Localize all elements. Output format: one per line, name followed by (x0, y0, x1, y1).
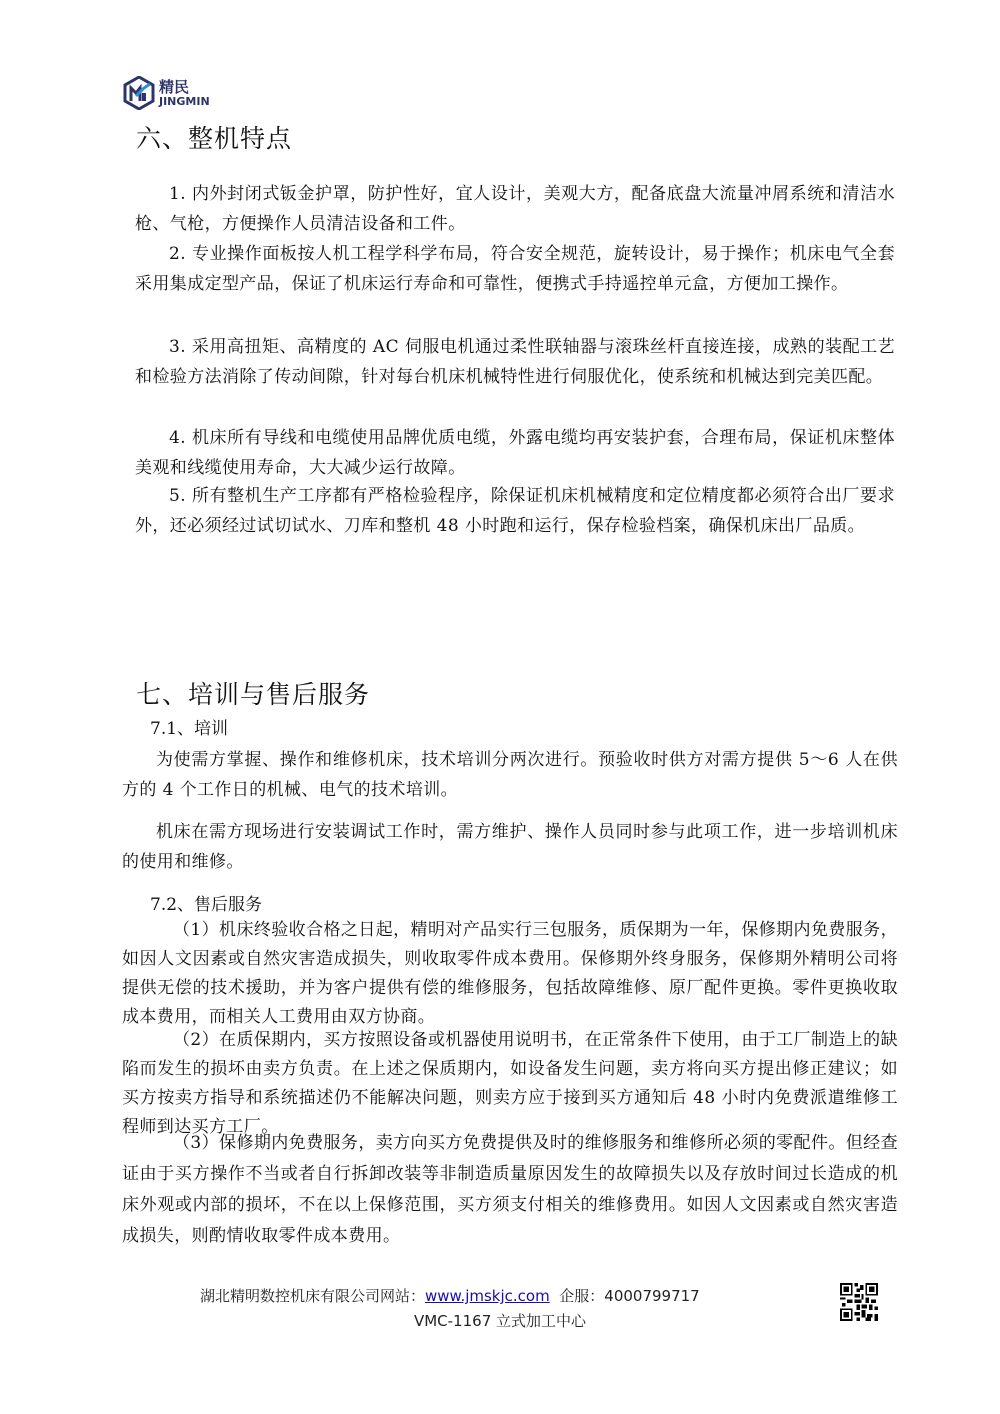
footer-contact-line: 湖北精明数控机床有限公司网站：www.jmskjc.com 企服：4000799… (200, 1285, 800, 1306)
service-label: 企服： (559, 1287, 604, 1305)
service-paragraph-2: （2）在质保期内，买方按照设备或机器使用说明书，在正常条件下使用，由于工厂制造上… (122, 1026, 898, 1142)
service-paragraph-1: （1）机床终验收合格之日起，精明对产品实行三包服务，质保期为一年，保修期内免费服… (122, 916, 898, 1032)
feature-item-4: 4. 机床所有导线和电缆使用品牌优质电缆，外露电缆均再安装护套，合理布局，保证机… (135, 424, 895, 483)
jingmin-logo-icon (122, 76, 156, 110)
company-logo: 精民 JINGMIN (122, 75, 232, 111)
feature-item-1: 1. 内外封闭式钣金护罩，防护性好，宜人设计，美观大方，配备底盘大流量冲屑系统和… (135, 180, 895, 239)
feature-item-2: 2. 专业操作面板按人机工程学科学布局，符合安全规范，旋转设计，易于操作；机床电… (135, 240, 895, 299)
training-paragraph-2: 机床在需方现场进行安装调试工作时，需方维护、操作人员同时参与此项工作，进一步培训… (122, 818, 898, 877)
service-paragraph-3: （3）保修期内免费服务，卖方向买方免费提供及时的维修服务和维修所必须的零配件。但… (122, 1128, 898, 1252)
feature-item-5: 5. 所有整机生产工序都有严格检验程序，除保证机床机械精度和定位精度都必须符合出… (135, 482, 895, 541)
service-phone: 4000799717 (604, 1287, 699, 1305)
section-6-heading: 六、整机特点 (136, 119, 292, 155)
training-paragraph-1: 为使需方掌握、操作和维修机床，技术培训分两次进行。预验收时供方对需方提供 5～6… (122, 746, 898, 805)
logo-en-text: JINGMIN (159, 96, 210, 107)
section-7-heading: 七、培训与售后服务 (136, 675, 370, 711)
subsection-7-1-heading: 7.1、培训 (150, 714, 228, 739)
website-link[interactable]: www.jmskjc.com (425, 1287, 550, 1305)
logo-cn-text: 精民 (159, 80, 210, 95)
footer-model-line: VMC-1167 立式加工中心 (200, 1310, 800, 1331)
subsection-7-2-heading: 7.2、售后服务 (150, 890, 262, 915)
footer-company: 湖北精明数控机床有限公司网站： (200, 1287, 425, 1305)
feature-item-3: 3. 采用高扭矩、高精度的 AC 伺服电机通过柔性联轴器与滚珠丝杆直接连接，成熟… (135, 333, 895, 392)
qr-code-icon (840, 1283, 878, 1321)
